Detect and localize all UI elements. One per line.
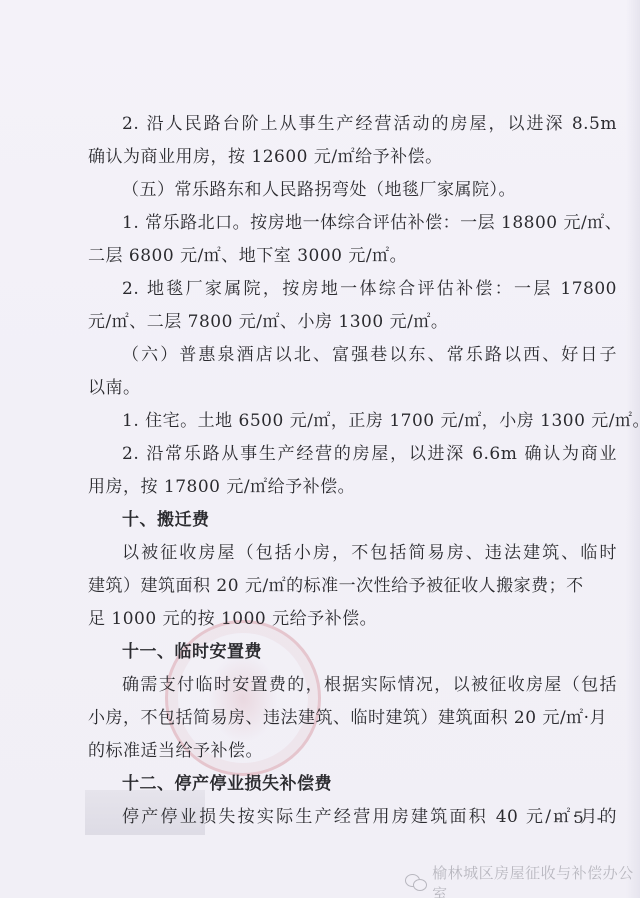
text-line: 2. 沿人民路台阶上从事生产经营活动的房屋，以进深 8.5m bbox=[88, 108, 617, 141]
text-line: 确需支付临时安置费的，根据实际情况，以被征收房屋（包括 bbox=[88, 669, 617, 702]
wechat-icon bbox=[405, 874, 426, 892]
section-subtitle-5: （五）常乐路东和人民路拐弯处（地毯厂家属院）。 bbox=[88, 174, 583, 207]
text-line: 以南。 bbox=[88, 372, 583, 405]
text-line: 2. 地毯厂家属院，按房地一体综合评估补偿：一层 17800 bbox=[88, 273, 617, 306]
text-line: 确认为商业用房，按 12600 元/㎡给予补偿。 bbox=[88, 141, 583, 174]
section-subtitle-6: （六）普惠泉酒店以北、富强巷以东、常乐路以西、好日子 bbox=[88, 339, 617, 372]
watermark-text: 榆林城区房屋征收与补偿办公室 bbox=[432, 862, 640, 898]
text-line: 小房，不包括简易房、违法建筑、临时建筑）建筑面积 20 元/㎡·月 bbox=[88, 702, 583, 735]
page-edge-shadow bbox=[626, 0, 640, 898]
wechat-watermark: 榆林城区房屋征收与补偿办公室 bbox=[405, 862, 640, 898]
text-line: 的标准适当给予补偿。 bbox=[88, 735, 583, 768]
text-line: 1. 住宅。土地 6500 元/㎡，正房 1700 元/㎡，小房 1300 元/… bbox=[88, 405, 617, 438]
page-number: - 5 - bbox=[555, 808, 606, 827]
heading-temporary-housing-fee: 十一、临时安置费 bbox=[88, 636, 583, 669]
text-line: 建筑）建筑面积 20 元/㎡的标准一次性给予被征收人搬家费；不 bbox=[88, 570, 583, 603]
text-line: 1. 常乐路北口。按房地一体综合评估补偿：一层 18800 元/㎡、 bbox=[88, 207, 617, 240]
text-line: 停产停业损失按实际生产经营用房建筑面积 40 元/㎡·月的 bbox=[88, 801, 617, 834]
text-line: 2. 沿常乐路从事生产经营的房屋，以进深 6.6m 确认为商业 bbox=[88, 438, 617, 471]
text-line: 二层 6800 元/㎡、地下室 3000 元/㎡。 bbox=[88, 240, 583, 273]
heading-moving-fee: 十、搬迁费 bbox=[88, 504, 583, 537]
text-line: 以被征收房屋（包括小房，不包括简易房、违法建筑、临时 bbox=[88, 537, 617, 570]
heading-business-loss-compensation: 十二、停产停业损失补偿费 bbox=[88, 768, 583, 801]
text-line: 元/㎡、二层 7800 元/㎡、小房 1300 元/㎡。 bbox=[88, 306, 583, 339]
text-line: 用房，按 17800 元/㎡给予补偿。 bbox=[88, 471, 583, 504]
document-body: 2. 沿人民路台阶上从事生产经营活动的房屋，以进深 8.5m 确认为商业用房，按… bbox=[88, 108, 583, 834]
text-line: 足 1000 元的按 1000 元给予补偿。 bbox=[88, 603, 583, 636]
